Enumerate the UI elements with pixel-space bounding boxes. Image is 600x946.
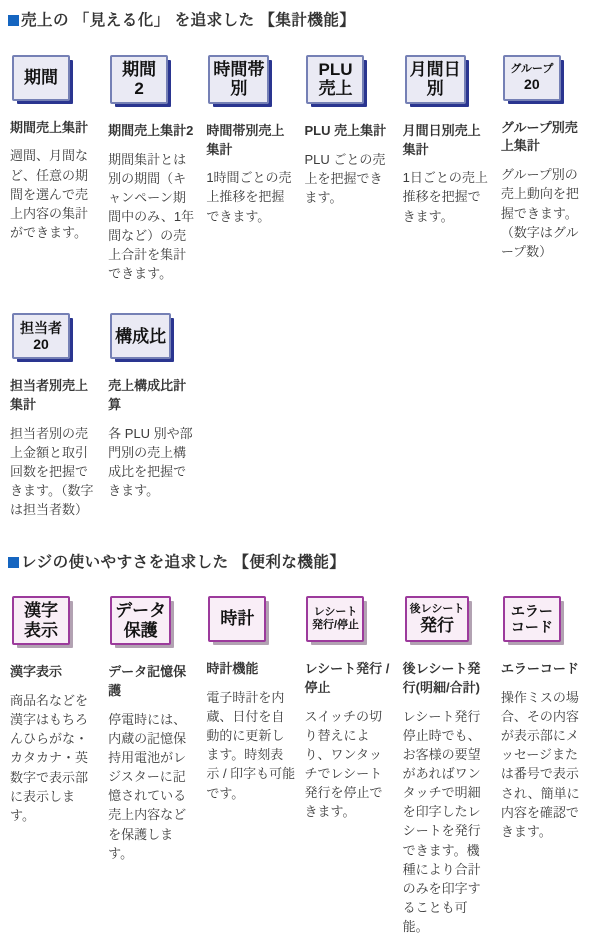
feature-key-label: 発行	[420, 616, 454, 636]
feature-card: レシート発行/停止レシート発行 / 停止スイッチの切り替えにより、ワンタッチでレ…	[304, 594, 393, 936]
feature-card: エラーコードエラーコード操作ミスの場合、その内容が表示部にメッセージまたは番号で…	[501, 594, 590, 936]
feature-key-image: レシート発行/停止	[306, 596, 364, 642]
feature-key-image: 月間日別	[405, 55, 466, 104]
feature-key-image: PLU売上	[306, 55, 364, 104]
feature-key-label: 期間	[24, 68, 58, 88]
feature-key-label: 売上	[318, 79, 352, 99]
feature-title: 期間売上集計	[10, 119, 88, 138]
feature-description: 商品名などを漢字はもちろんひらがな・カタカナ・英数字で表示部に表示します。	[10, 691, 99, 825]
feature-card: 時間帯別時間帯別売上集計1時間ごとの売上推移を把握できます。	[206, 53, 295, 284]
feature-key-image: 時計	[208, 596, 266, 642]
feature-card: 時計時計機能電子時計を内蔵、日付を自動的に更新します。時刻表示 / 印字も可能で…	[206, 594, 295, 936]
feature-key-image: 漢字表示	[12, 596, 70, 645]
feature-card: 期間期間売上集計週間、月間など、任意の期間を選んで売上内容の集計ができます。	[10, 53, 99, 284]
feature-key-label: エラー	[511, 603, 553, 619]
feature-card: データ保護データ記憶保護停電時には、内蔵の記憶保持用電池がレジスターに記憶されて…	[108, 594, 197, 936]
feature-description: 各 PLU 別や部門別の売上構成比を把握できます。	[108, 424, 197, 500]
feature-key-label: コード	[511, 619, 553, 635]
feature-page: 売上の 「見える化」 を追求した 【集計機能】 期間期間売上集計週間、月間など、…	[0, 0, 600, 946]
feature-key-label: 別	[427, 79, 444, 99]
feature-title: グループ別売上集計	[501, 119, 590, 157]
feature-key-image: 期間	[12, 55, 70, 101]
feature-card: グループ20グループ別売上集計グループ別の売上動向を把握できます。（数字はグルー…	[501, 53, 590, 284]
feature-key-image: 担当者20	[12, 313, 70, 359]
section-header: レジの使いやすさを追求した 【便利な機能】	[8, 554, 592, 573]
feature-description: 操作ミスの場合、その内容が表示部にメッセージまたは番号で表示され、簡単に内容を確…	[501, 688, 590, 841]
feature-description: 週間、月間など、任意の期間を選んで売上内容の集計ができます。	[10, 146, 99, 242]
feature-description: レシート発行停止時でも、お客様の要望があればワンタッチで明細を印字したレシートを…	[403, 707, 492, 936]
feature-card: PLU売上PLU 売上集計PLU ごとの売上を把握できます。	[304, 53, 393, 284]
feature-description: 電子時計を内蔵、日付を自動的に更新します。時刻表示 / 印字も可能です。	[206, 688, 295, 803]
feature-description: 1日ごとの売上推移を把握できます。	[403, 168, 492, 225]
feature-title: PLU 売上集計	[304, 122, 386, 141]
feature-title: 時間帯別売上集計	[206, 122, 295, 160]
feature-key-label: 発行/停止	[312, 619, 359, 632]
feature-title: 時計機能	[206, 660, 258, 679]
feature-key-label: 保護	[124, 621, 158, 641]
feature-description: スイッチの切り替えにより、ワンタッチでレシート発行を停止できます。	[304, 707, 393, 822]
section-header: 売上の 「見える化」 を追求した 【集計機能】	[8, 12, 592, 31]
feature-grid: 漢字表示漢字表示商品名などを漢字はもちろんひらがな・カタカナ・英数字で表示部に表…	[8, 594, 592, 936]
feature-key-label: 別	[230, 79, 247, 99]
feature-key-label: グループ	[510, 63, 553, 76]
feature-key-image: エラーコード	[503, 596, 561, 642]
feature-title: 期間売上集計2	[108, 122, 193, 141]
feature-grid: 期間期間売上集計週間、月間など、任意の期間を選んで売上内容の集計ができます。期間…	[8, 53, 592, 520]
section-title: 売上の 「見える化」 を追求した 【集計機能】	[21, 12, 355, 29]
feature-key-label: 2	[134, 79, 143, 99]
feature-card: 期間2期間売上集計2期間集計とは別の期間（キャンペーン期間中のみ、1年間など）の…	[108, 53, 197, 284]
feature-key-label: PLU	[318, 60, 352, 80]
feature-key-image: データ保護	[110, 596, 171, 645]
feature-title: レシート発行 / 停止	[304, 660, 393, 698]
feature-title: 後レシート発行(明細/合計)	[403, 660, 492, 698]
feature-card: 漢字表示漢字表示商品名などを漢字はもちろんひらがな・カタカナ・英数字で表示部に表…	[10, 594, 99, 936]
feature-description: 期間集計とは別の期間（キャンペーン期間中のみ、1年間など）の売上合計を集計できま…	[108, 150, 197, 284]
feature-key-label: 漢字	[24, 601, 58, 621]
feature-key-label: データ	[115, 601, 166, 621]
feature-key-image: 構成比	[110, 313, 171, 359]
feature-title: 月間日別売上集計	[403, 122, 492, 160]
feature-card: 月間日別月間日別売上集計1日ごとの売上推移を把握できます。	[403, 53, 492, 284]
feature-description: グループ別の売上動向を把握できます。（数字はグループ数）	[501, 165, 590, 261]
feature-key-image: 時間帯別	[208, 55, 269, 104]
section-title: レジの使いやすさを追求した 【便利な機能】	[21, 554, 345, 571]
feature-title: 売上構成比計算	[108, 377, 197, 415]
feature-title: 漢字表示	[10, 663, 62, 682]
section-aggregation-features: 売上の 「見える化」 を追求した 【集計機能】 期間期間売上集計週間、月間など、…	[8, 12, 592, 520]
feature-key-label: 時間帯	[213, 60, 264, 80]
feature-card: 後レシート発行後レシート発行(明細/合計)レシート発行停止時でも、お客様の要望が…	[403, 594, 492, 936]
section-bullet-icon	[8, 557, 19, 568]
feature-key-label: 月間日	[410, 60, 461, 80]
feature-key-image: 後レシート発行	[405, 596, 470, 642]
feature-description: 担当者別の売上金額と取引回数を把握できます。（数字は担当者数）	[10, 424, 99, 520]
feature-description: PLU ごとの売上を把握できます。	[304, 150, 393, 207]
feature-key-label: 担当者	[20, 320, 62, 336]
feature-key-image: グループ20	[503, 55, 561, 101]
feature-title: データ記憶保護	[108, 663, 197, 701]
feature-title: 担当者別売上集計	[10, 377, 99, 415]
feature-card: 構成比売上構成比計算各 PLU 別や部門別の売上構成比を把握できます。	[108, 311, 197, 519]
feature-card: 担当者20担当者別売上集計担当者別の売上金額と取引回数を把握できます。（数字は担…	[10, 311, 99, 519]
feature-key-image: 期間2	[110, 55, 168, 104]
feature-key-label: 20	[524, 76, 540, 92]
section-convenient-features: レジの使いやすさを追求した 【便利な機能】 漢字表示漢字表示商品名などを漢字はも…	[8, 554, 592, 937]
feature-key-label: 構成比	[115, 327, 166, 347]
feature-key-label: 後レシート	[410, 603, 465, 616]
section-bullet-icon	[8, 15, 19, 26]
feature-description: 停電時には、内蔵の記憶保持用電池がレジスターに記憶されている売上内容などを保護し…	[108, 710, 197, 863]
feature-description: 1時間ごとの売上推移を把握できます。	[206, 168, 295, 225]
feature-key-label: 20	[33, 336, 49, 352]
feature-title: エラーコード	[501, 660, 579, 679]
feature-key-label: 期間	[122, 60, 156, 80]
feature-key-label: 表示	[24, 621, 58, 641]
feature-key-label: 時計	[220, 609, 254, 629]
feature-key-label: レシート	[314, 606, 358, 619]
